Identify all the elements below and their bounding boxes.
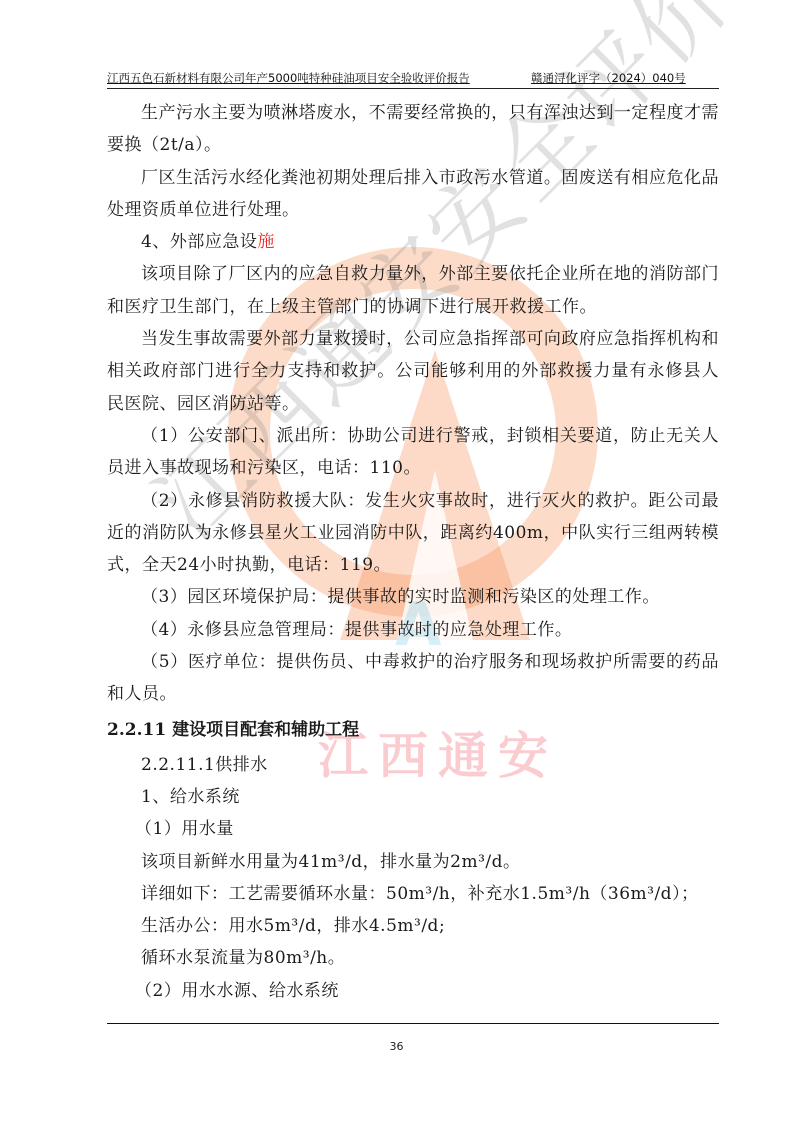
paragraph-environment-bureau: （3）园区环境保护局：提供事故的实时监测和污染区的处理工作。 <box>107 581 719 613</box>
footer-divider <box>107 1023 719 1024</box>
heading-text-highlight: 施 <box>257 232 275 252</box>
header-report-title: 江西五色石新材料有限公司年产5000吨特种硅油项目安全验收评价报告 <box>107 70 470 86</box>
paragraph-domestic-wastewater: 厂区生活污水经化粪池初期处理后排入市政污水管道。固废送有相应危化品处理资质单位进… <box>107 162 719 227</box>
item-water-supply-system: 1、给水系统 <box>107 781 719 813</box>
line-pump-flow: 循环水泵流量为80m³/h。 <box>107 942 719 974</box>
line-office-water: 生活办公：用水5m³/d，排水4.5m³/d; <box>107 910 719 942</box>
paragraph-medical-unit: （5）医疗单位：提供伤员、中毒救护的治疗服务和现场救护所需要的药品和人员。 <box>107 646 719 711</box>
paragraph-external-support: 该项目除了厂区内的应急自救力量外，外部主要依托企业所在地的消防部门和医疗卫生部门… <box>107 258 719 323</box>
paragraph-police: （1）公安部门、派出所：协助公司进行警戒，封锁相关要道，防止无关人员进入事故现场… <box>107 420 719 485</box>
paragraph-emergency-bureau: （4）永修县应急管理局：提供事故时的应急处理工作。 <box>107 614 719 646</box>
page-header: 江西五色石新材料有限公司年产5000吨特种硅油项目安全验收评价报告 赣通浔化评字… <box>107 70 719 89</box>
line-fresh-water: 该项目新鲜水用量为41m³/d，排水量为2m³/d。 <box>107 846 719 878</box>
item-water-source: （2）用水水源、给水系统 <box>107 975 719 1007</box>
section-heading: 2.2.11 建设项目配套和辅助工程 <box>107 711 719 749</box>
page-number: 36 <box>0 1040 793 1053</box>
item-water-usage: （1）用水量 <box>107 813 719 845</box>
line-process-water: 详细如下：工艺需要循环水量：50m³/h，补充水1.5m³/h（36m³/d）； <box>107 878 719 910</box>
page-body: 生产污水主要为喷淋塔废水，不需要经常换的，只有浑浊达到一定程度才需要换（2t/a… <box>107 97 719 1007</box>
paragraph-fire-brigade: （2）永修县消防救援大队：发生火灾事故时，进行灭火的救护。距公司最近的消防队为永… <box>107 485 719 582</box>
heading-text: 4、外部应急设 <box>141 232 257 252</box>
paragraph-external-rescue: 当发生事故需要外部力量救援时，公司应急指挥部可向政府应急指挥机构和相关政府部门进… <box>107 323 719 420</box>
paragraph-external-emergency-heading: 4、外部应急设施 <box>107 226 719 258</box>
subsection-water-supply: 2.2.11.1供排水 <box>107 749 719 781</box>
header-document-number: 赣通浔化评字（2024）040号 <box>531 70 686 86</box>
paragraph-production-wastewater: 生产污水主要为喷淋塔废水，不需要经常换的，只有浑浊达到一定程度才需要换（2t/a… <box>107 97 719 162</box>
